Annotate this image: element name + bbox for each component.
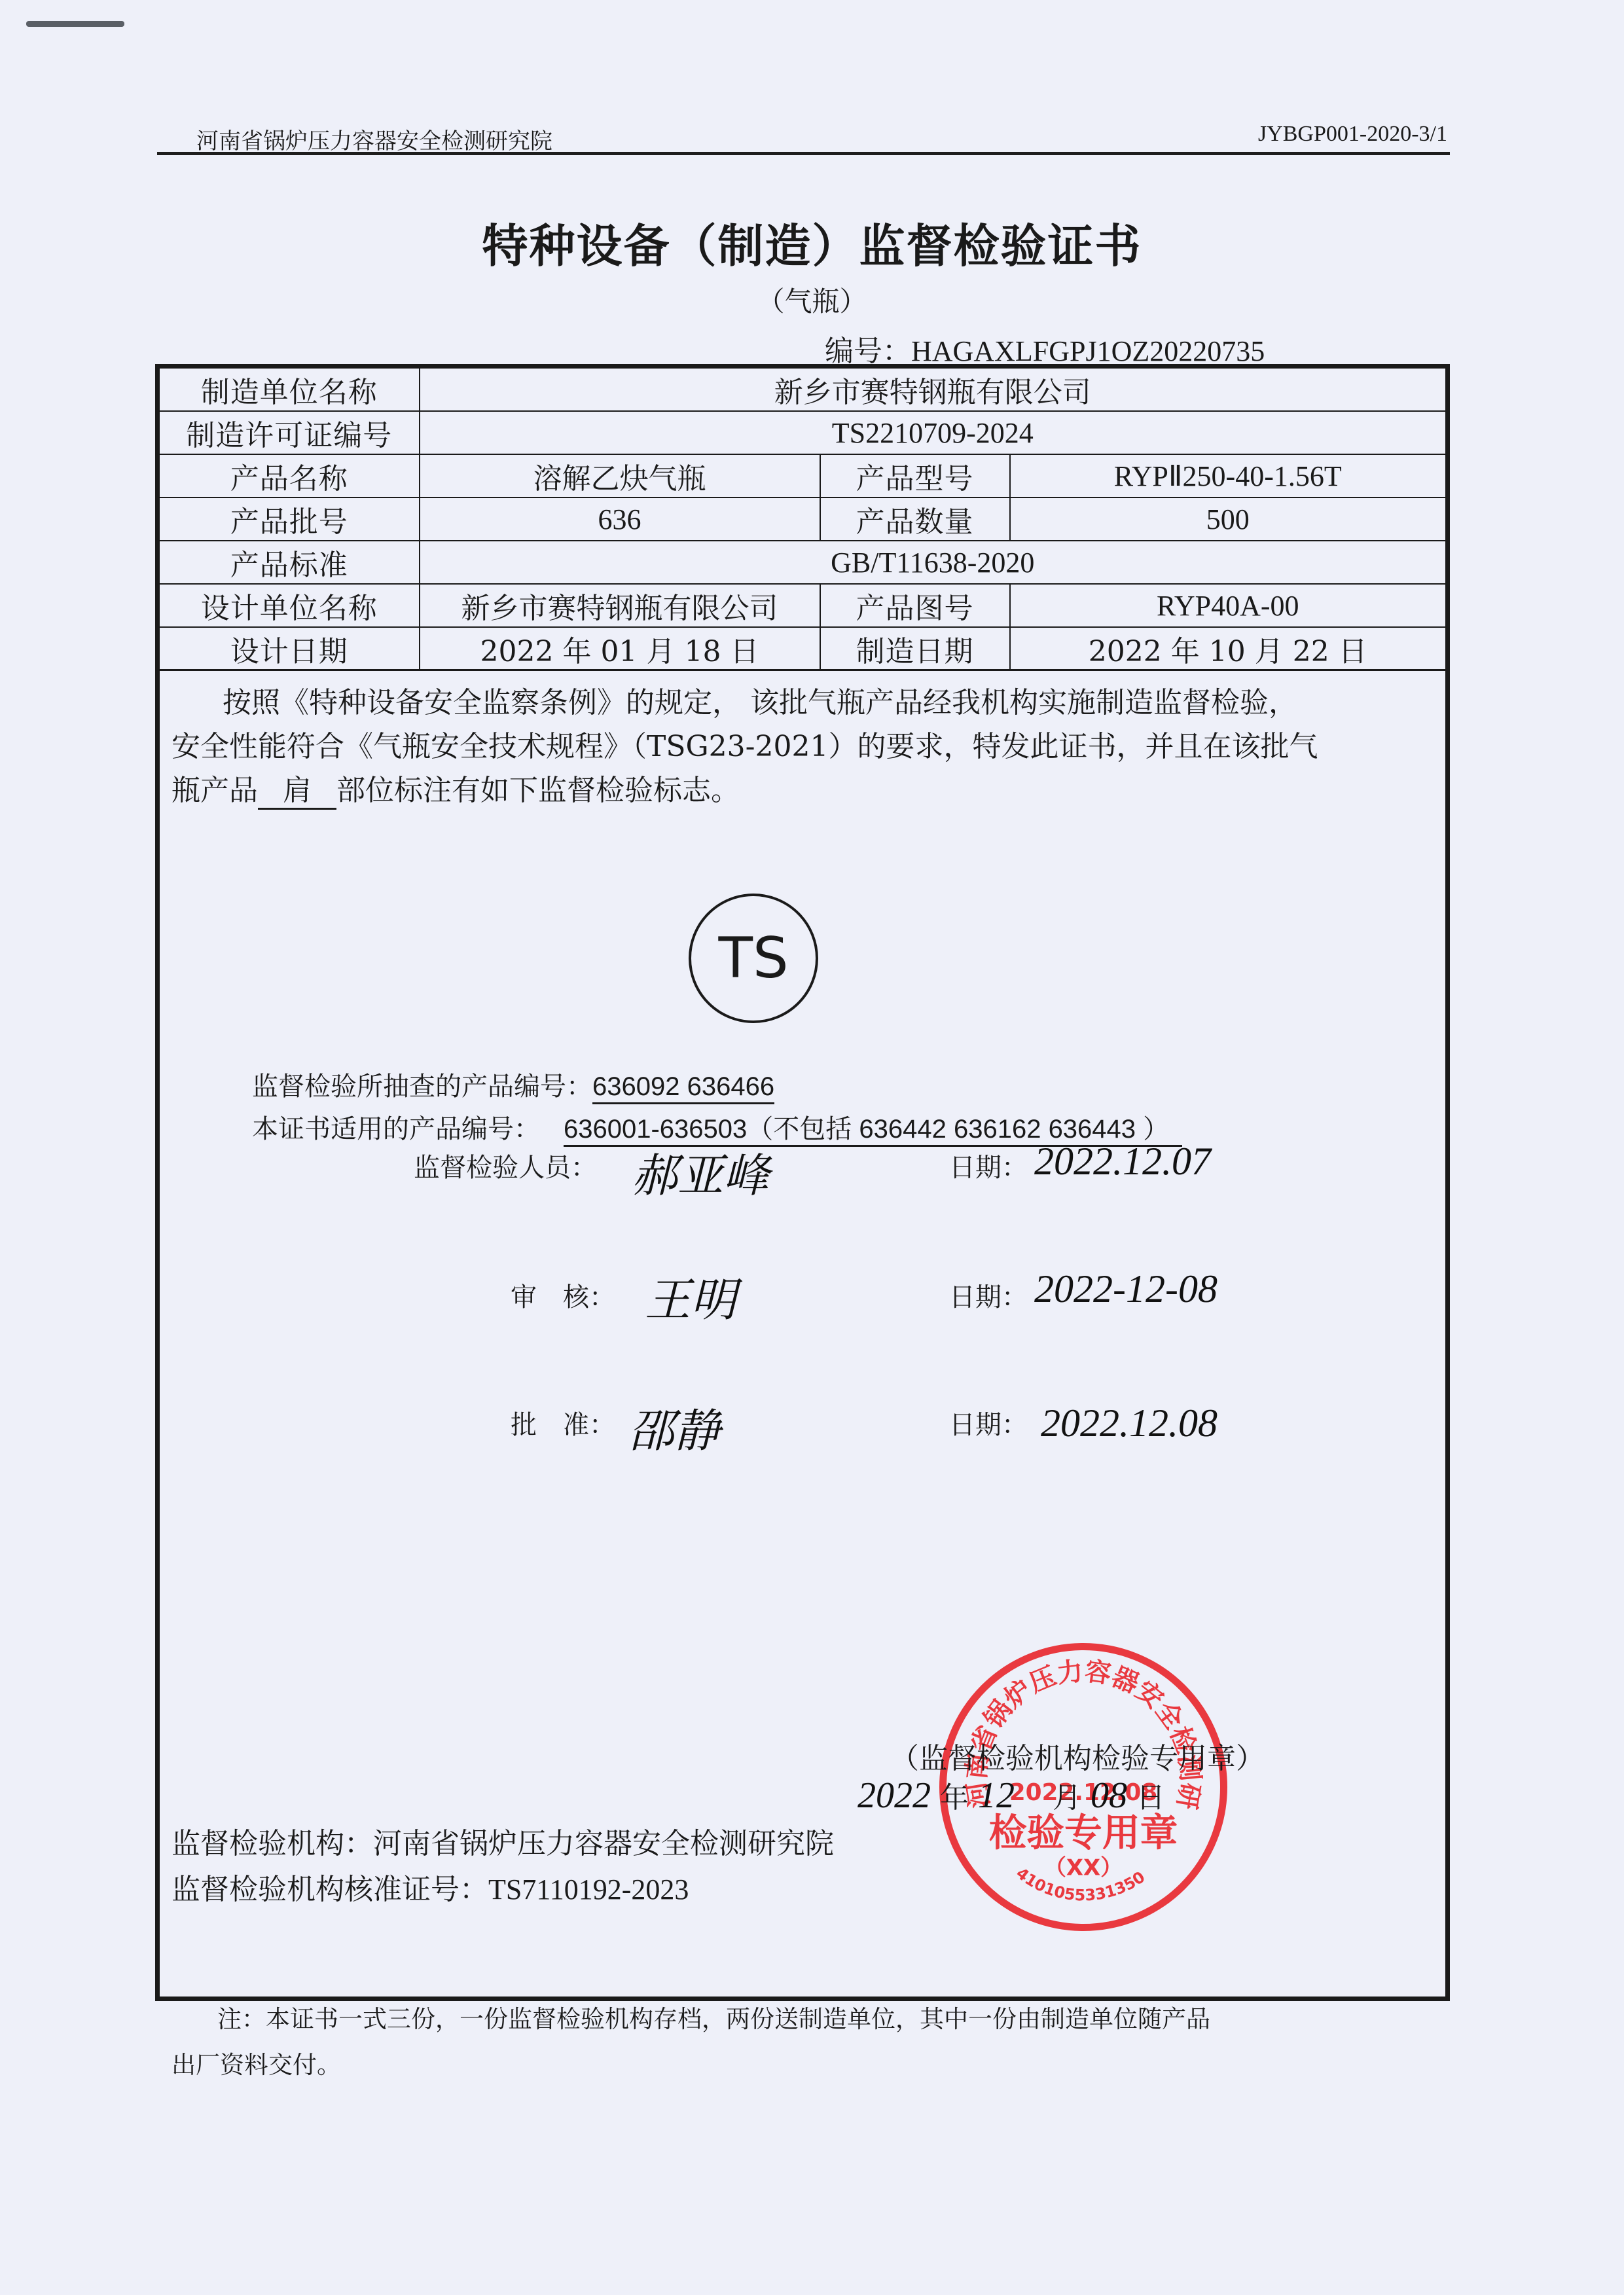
license-label: 制造许可证编号 — [158, 411, 420, 454]
footnote-line-2: 出厂资料交付。 — [171, 2042, 1415, 2088]
certificate-number-value: HAGAXLFGPJ1OZ20220735 — [911, 335, 1265, 367]
inspector-signature: 郝亚峰 — [632, 1139, 769, 1205]
design-date-value: 2022 年 01 月 18 日 — [420, 627, 820, 670]
approver-signature: 邵静 — [628, 1394, 720, 1460]
statement-line-3-prefix: 瓶产品 — [171, 774, 258, 807]
seal-date-day-label: 日 — [1136, 1781, 1165, 1815]
sampled-products: 监督检验所抽查的产品编号：636092 636466 — [252, 1066, 774, 1103]
footnote-line-1: 注：本证书一式三份，一份监督检验机构存档，两份送制造单位，其中一份由制造单位随产… — [217, 2005, 1210, 2033]
statement-paragraph: 按照《特种设备安全监察条例》的规定， 该批气瓶产品经我机构实施制造监督检验， 安… — [171, 681, 1435, 812]
drawing-value: RYP40A-00 — [1010, 584, 1448, 627]
applicable-label: 本证书适用的产品编号： — [252, 1114, 540, 1144]
table-row: 产品批号 636 产品数量 500 — [158, 497, 1448, 541]
staple-mark — [26, 21, 124, 27]
org-name-value: 河南省锅炉压力容器安全检测研究院 — [373, 1827, 834, 1860]
inspector-label: 监督检验人员： — [414, 1147, 597, 1184]
header-rule — [157, 152, 1450, 155]
table-row: 制造许可证编号 TS2210709-2024 — [158, 411, 1448, 454]
manufacturer-label: 制造单位名称 — [158, 367, 420, 412]
seal-date-day: 08 — [1091, 1775, 1127, 1816]
designer-value: 新乡市赛特钢瓶有限公司 — [420, 584, 820, 627]
reviewer-signature: 王明 — [645, 1263, 736, 1329]
table-row: 产品名称 溶解乙炔气瓶 产品型号 RYPⅡ250-40-1.56T — [158, 454, 1448, 497]
mfg-date-value: 2022 年 10 月 22 日 — [1010, 627, 1448, 670]
table-row: 制造单位名称 新乡市赛特钢瓶有限公司 — [158, 367, 1448, 412]
ts-mark-text: TS — [718, 926, 788, 991]
product-name-label: 产品名称 — [158, 454, 420, 497]
mfg-date-label: 制造日期 — [820, 627, 1010, 670]
certificate-number-label: 编号： — [825, 334, 911, 368]
designer-label: 设计单位名称 — [158, 584, 420, 627]
header-form-code: JYBGP001-2020-3/1 — [1258, 122, 1447, 147]
seal-center-text: 检验专用章 — [989, 1811, 1178, 1855]
ts-mark-icon: TS — [689, 894, 818, 1023]
table-row: 设计单位名称 新乡市赛特钢瓶有限公司 产品图号 RYP40A-00 — [158, 584, 1448, 627]
header-institute: 河南省锅炉压力容器安全检测研究院 — [196, 123, 552, 155]
page-title: 特种设备（制造）监督检验证书 — [0, 209, 1624, 276]
inspection-organization: 监督检验机构：河南省锅炉压力容器安全检测研究院 监督检验机构核准证号：TS711… — [171, 1821, 834, 1913]
reviewer-label: 审 核： — [511, 1276, 615, 1314]
approver-date-label: 日期： — [949, 1404, 1028, 1441]
statement-line-1: 按照《特种设备安全监察条例》的规定， 该批气瓶产品经我机构实施制造监督检验， — [223, 686, 1297, 719]
footnote: 注：本证书一式三份，一份监督检验机构存档，两份送制造单位，其中一份由制造单位随产… — [171, 1997, 1415, 2088]
seal-sub-text: （XX） — [1044, 1854, 1123, 1880]
inspector-date-label: 日期： — [949, 1147, 1028, 1184]
seal-date-month-label: 月 — [1053, 1781, 1081, 1815]
inspector-date: 2022.12.07 — [1034, 1139, 1211, 1184]
license-value: TS2210709-2024 — [420, 411, 1448, 454]
org-name-label: 监督检验机构： — [171, 1827, 373, 1860]
seal-caption: （监督检验机构检验专用章） — [890, 1735, 1265, 1777]
page-subtitle: （气瓶） — [0, 280, 1624, 319]
sampled-value: 636092 636466 — [592, 1072, 774, 1104]
info-table: 制造单位名称 新乡市赛特钢瓶有限公司 制造许可证编号 TS2210709-202… — [155, 364, 1450, 671]
product-name-value: 溶解乙炔气瓶 — [420, 454, 820, 497]
drawing-label: 产品图号 — [820, 584, 1010, 627]
batch-value: 636 — [420, 497, 820, 541]
approver-date: 2022.12.08 — [1041, 1401, 1218, 1446]
marking-position: 肩 — [258, 774, 336, 810]
statement-box — [155, 669, 1450, 2001]
product-model-label: 产品型号 — [820, 454, 1010, 497]
statement-line-2: 安全性能符合《气瓶安全技术规程》（TSG23-2021）的要求，特发此证书，并且… — [171, 725, 1435, 768]
standard-value: GB/T11638-2020 — [420, 541, 1448, 584]
org-approval-label: 监督检验机构核准证号： — [171, 1873, 488, 1906]
reviewer-date: 2022-12-08 — [1034, 1267, 1218, 1312]
standard-label: 产品标准 — [158, 541, 420, 584]
seal-date-line: 2022 年 12 月 08 日 — [857, 1774, 1165, 1816]
manufacturer-value: 新乡市赛特钢瓶有限公司 — [420, 367, 1448, 412]
product-model-value: RYPⅡ250-40-1.56T — [1010, 454, 1448, 497]
quantity-value: 500 — [1010, 497, 1448, 541]
seal-date-year: 2022 — [857, 1775, 931, 1816]
seal-date-month: 12 — [978, 1775, 1015, 1816]
table-row: 产品标准 GB/T11638-2020 — [158, 541, 1448, 584]
approver-label: 批 准： — [511, 1404, 615, 1441]
sampled-label: 监督检验所抽查的产品编号： — [252, 1072, 592, 1102]
table-row: 设计日期 2022 年 01 月 18 日 制造日期 2022 年 10 月 2… — [158, 627, 1448, 670]
reviewer-date-label: 日期： — [949, 1276, 1028, 1314]
seal-date-year-label: 年 — [940, 1781, 969, 1815]
design-date-label: 设计日期 — [158, 627, 420, 670]
certificate-number: 编号：HAGAXLFGPJ1OZ20220735 — [825, 327, 1265, 369]
quantity-label: 产品数量 — [820, 497, 1010, 541]
org-approval-value: TS7110192-2023 — [488, 1873, 689, 1906]
batch-label: 产品批号 — [158, 497, 420, 541]
statement-line-3-suffix: 部位标注有如下监督检验标志。 — [336, 774, 740, 807]
